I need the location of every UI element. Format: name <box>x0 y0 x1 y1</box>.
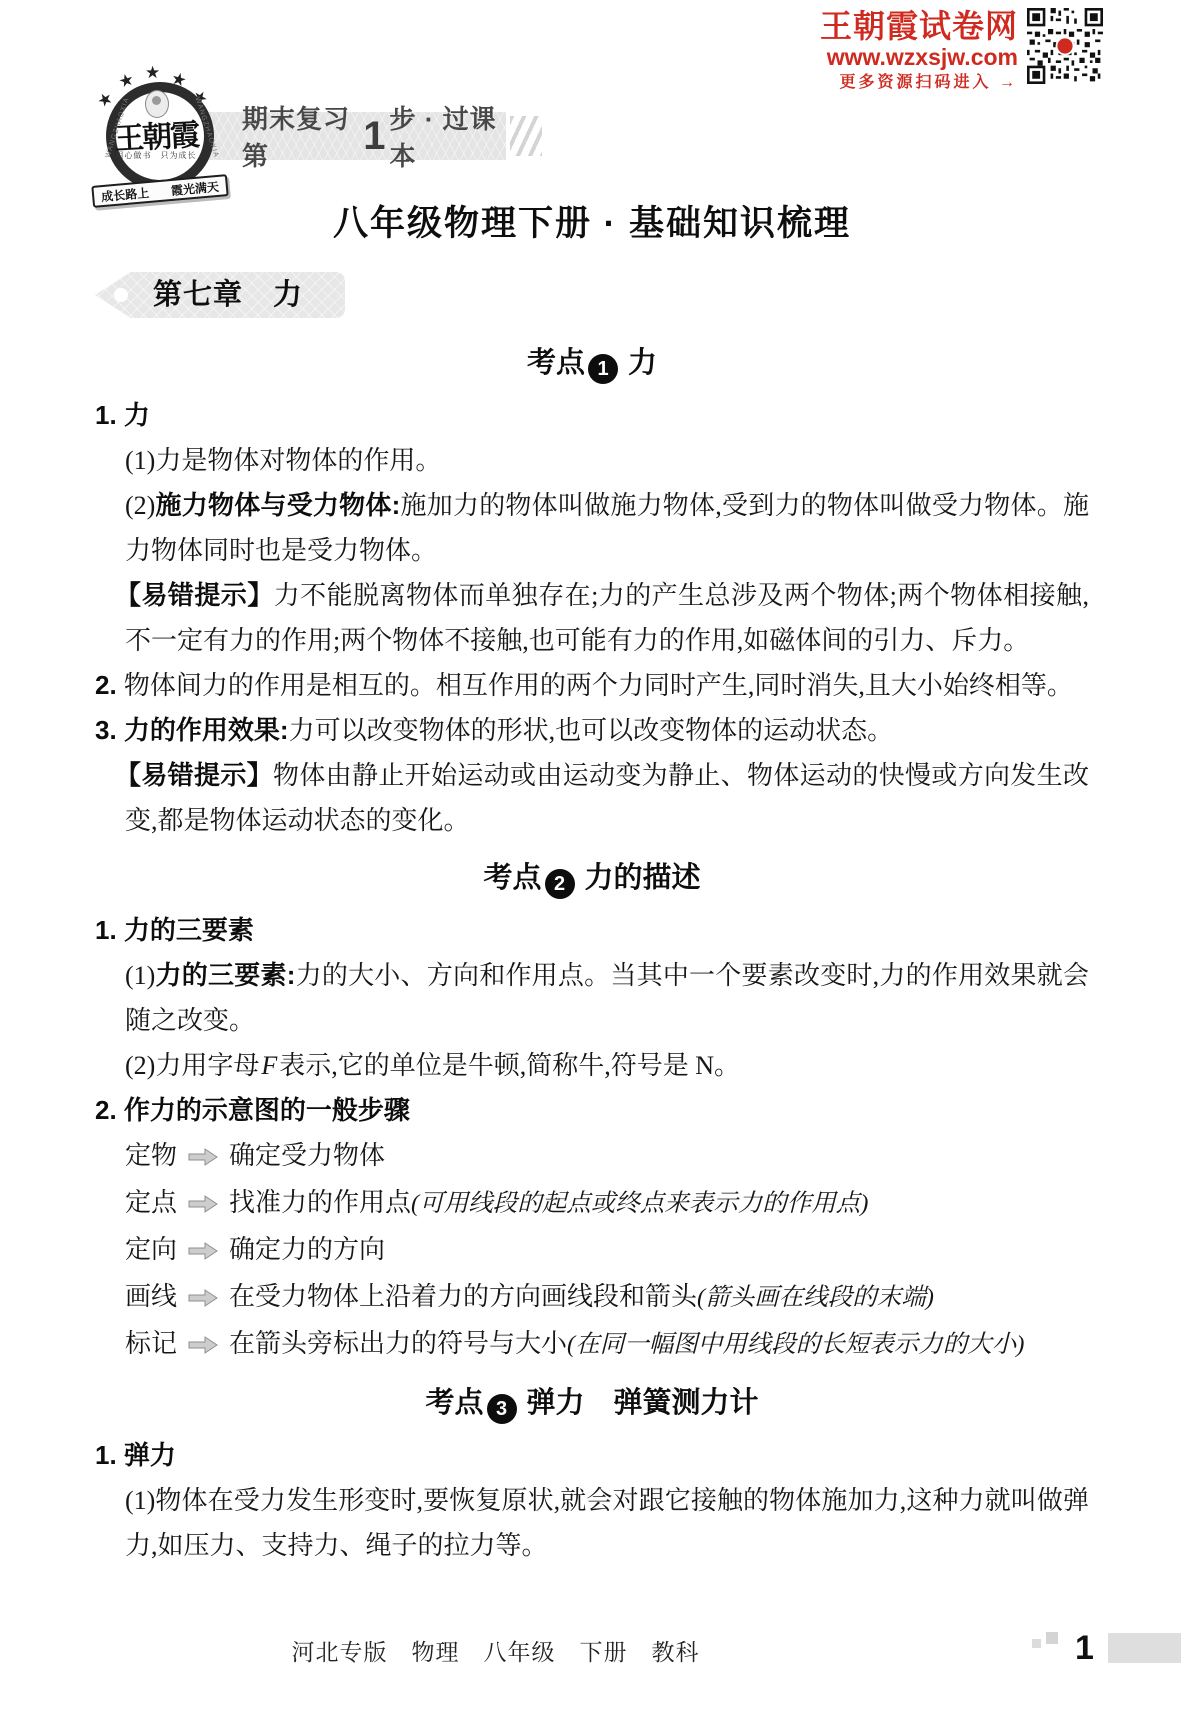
exam-point-heading: 考点2力的描述 <box>95 843 1089 908</box>
paragraph: (1)物体在受力发生形变时,要恢复原状,就会对跟它接触的物体施加力,这种力就叫做… <box>95 1478 1089 1568</box>
page-number-block: 1 <box>1029 1624 1181 1672</box>
step-arrow-icon <box>188 1229 218 1274</box>
brand-block: 王朝霞试卷网 www.wzxsjw.com 更多资源扫码进入 → <box>820 8 1103 94</box>
paragraph: 1. 力的三要素 <box>95 908 1089 953</box>
paragraph: 【易错提示】力不能脱离物体而单独存在;力的产生总涉及两个物体;两个物体相接触,不… <box>95 573 1089 663</box>
exam-point-heading: 考点3弹力 弹簧测力计 <box>95 1368 1089 1433</box>
paragraph: 1. 力 <box>95 393 1089 438</box>
exam-point-number-icon: 3 <box>487 1394 517 1424</box>
ribbon-right: 霞光满天 <box>170 177 219 198</box>
brand-scan-text: 更多资源扫码进入 → <box>820 71 1018 94</box>
star-icon: ★ <box>145 65 160 82</box>
decor-bar <box>1108 1633 1181 1663</box>
chapter-heading: 第七章 力 <box>95 272 345 318</box>
page-number: 1 <box>1075 1625 1094 1671</box>
paragraph: 3. 力的作用效果:力可以改变物体的形状,也可以改变物体的运动状态。 <box>95 708 1089 753</box>
exam-point-heading: 考点1力 <box>95 328 1089 393</box>
paragraph: 标记在箭头旁标出力的符号与大小(在同一幅图中用线段的长短表示力的大小) <box>95 1321 1089 1368</box>
paragraph: (1)力的三要素:力的大小、方向和作用点。当其中一个要素改变时,力的作用效果就会… <box>95 953 1089 1043</box>
page-title: 八年级物理下册 · 基础知识梳理 <box>95 196 1089 246</box>
step-arrow-icon <box>188 1135 218 1180</box>
badge-tagline: 用心做书 只为成长 <box>98 150 214 161</box>
paragraph: 定点找准力的作用点(可用线段的起点或终点来表示力的作用点) <box>95 1180 1089 1227</box>
footer-edition-text: 河北专版 物理 八年级 下册 教科 <box>0 1634 991 1667</box>
banner-step-number: 1 <box>363 116 385 156</box>
review-step-banner: 期末复习第 1 步 · 过课本 <box>204 112 506 160</box>
paragraph: 2. 物体间力的作用是相互的。相互作用的两个力同时产生,同时消失,且大小始终相等… <box>95 663 1089 708</box>
sections: 考点1力1. 力(1)力是物体对物体的作用。(2)施力物体与受力物体:施加力的物… <box>95 328 1089 1568</box>
decor-square <box>1032 1639 1041 1648</box>
paragraph: 【易错提示】物体由静止开始运动或由运动变为静止、物体运动的快慢或方向发生改变,都… <box>95 753 1089 843</box>
paragraph: (1)力是物体对物体的作用。 <box>95 438 1089 483</box>
banner-suffix: 步 · 过课本 <box>390 99 506 173</box>
exam-point-number-icon: 2 <box>545 869 575 899</box>
paragraph: 1. 弹力 <box>95 1433 1089 1478</box>
paragraph: 画线在受力物体上沿着力的方向画线段和箭头(箭头画在线段的末端) <box>95 1274 1089 1321</box>
brand-url: www.wzxsjw.com <box>820 44 1018 71</box>
paragraph: (2)施力物体与受力物体:施加力的物体叫做施力物体,受到力的物体叫做受力物体。施… <box>95 483 1089 573</box>
step-arrow-icon <box>188 1323 218 1368</box>
publisher-badge: ★ ★ ★ ★ ★ 王朝霞 用心做书 只为成长 WANGZHAOXIA WANG… <box>98 64 230 204</box>
paragraph: 2. 作力的示意图的一般步骤 <box>95 1088 1089 1133</box>
step-arrow-icon <box>188 1276 218 1321</box>
page: 王朝霞试卷网 www.wzxsjw.com 更多资源扫码进入 → ★ ★ ★ ★… <box>0 0 1181 1730</box>
ribbon-left: 成长路上 <box>100 183 149 204</box>
content: 八年级物理下册 · 基础知识梳理 第七章 力 考点1力1. 力(1)力是物体对物… <box>95 196 1089 1568</box>
step-arrow-icon <box>188 1182 218 1227</box>
paragraph: 定向确定力的方向 <box>95 1227 1089 1274</box>
brand-title: 王朝霞试卷网 <box>820 8 1018 44</box>
badge-ribbon: 成长路上 霞光满天 <box>91 174 228 208</box>
chapter-tag-wrap: 第七章 力 <box>95 272 1089 318</box>
paragraph: 定物确定受力物体 <box>95 1133 1089 1180</box>
exam-point-number-icon: 1 <box>588 354 618 384</box>
qr-code-icon <box>1027 8 1103 84</box>
banner-prefix: 期末复习第 <box>242 99 359 173</box>
decor-square <box>1046 1632 1058 1644</box>
paragraph: (2)力用字母F表示,它的单位是牛顿,简称牛,符号是 N。 <box>95 1043 1089 1088</box>
brand-text: 王朝霞试卷网 www.wzxsjw.com 更多资源扫码进入 → <box>820 8 1018 94</box>
